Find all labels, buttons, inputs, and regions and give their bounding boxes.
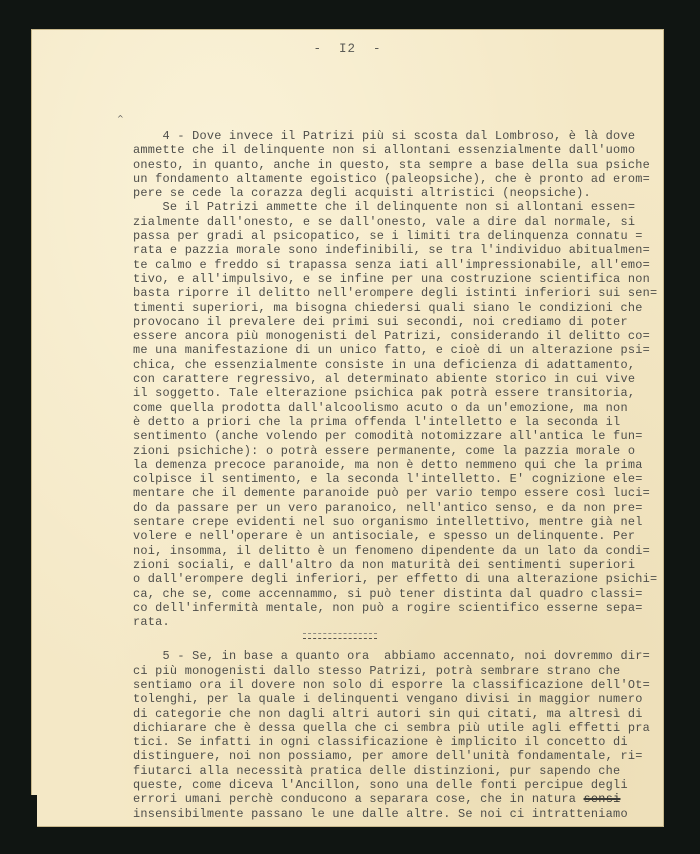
paper-corner-notch	[31, 795, 37, 829]
text-line: rata e pazzia morale sono indefinibili, …	[133, 243, 653, 257]
text-line: colpisce il sentimento, e la seconda l'i…	[133, 472, 653, 486]
text-line: pere se cede la corazza degli acquisti a…	[133, 186, 653, 200]
text-line: ammette che il delinquente non si allont…	[133, 143, 653, 157]
text-line: te calmo e freddo si trapassa senza iati…	[133, 258, 653, 272]
text-line: noi, insomma, il delitto è un fenomeno d…	[133, 544, 653, 558]
text-line: come quella prodotta dall'alcoolismo acu…	[133, 401, 653, 415]
paragraph-4: 4 - Dove invece il Patrizi più si scosta…	[133, 129, 653, 200]
text-line: me una manifestazione di un unico fatto,…	[133, 343, 653, 357]
separator-rule-dark	[303, 638, 377, 639]
text-line: timenti superiori, ma bisogna chiedersi …	[133, 301, 653, 315]
text-line: Se il Patrizi ammette che il delinquente…	[133, 200, 653, 214]
text-line: passa per gradi al psicopatico, se i lim…	[133, 229, 653, 243]
text-line: distinguere, noi non possiamo, per amore…	[133, 749, 653, 763]
paragraph-4-continued: Se il Patrizi ammette che il delinquente…	[133, 200, 653, 629]
text-line: tici. Se infatti in ogni classificazione…	[133, 735, 653, 749]
paragraph-5: 5 - Se, in base a quanto ora abbiamo acc…	[133, 649, 653, 821]
text-line: ca, che se, come accennammo, si può tene…	[133, 587, 653, 601]
text-line: insensibilmente passano le une dalle alt…	[133, 807, 653, 821]
text-line: sentiamo ora il dovere non solo di espor…	[133, 678, 653, 692]
typewritten-page: - I2 - ^ 4 - Dove invece il Patrizi più …	[31, 29, 664, 827]
text-line: tivo, e all'impulsivo, e se infine per u…	[133, 272, 653, 286]
page-number: - I2 -	[31, 42, 664, 56]
text-line: essere ancora più monogenisti del Patriz…	[133, 329, 653, 343]
text-line: un fondamento altamente egoistico (paleo…	[133, 172, 653, 186]
text-line: errori umani perchè conducono a separara…	[133, 792, 653, 806]
section-separator	[133, 629, 653, 649]
body-text: 4 - Dove invece il Patrizi più si scosta…	[133, 129, 653, 821]
struck-word: sensi	[584, 792, 621, 806]
text-line: zioni psichiche): o potrà essere permane…	[133, 444, 653, 458]
ink-mark: ^	[117, 114, 124, 123]
text-line: 5 - Se, in base a quanto ora abbiamo acc…	[133, 649, 653, 663]
text-line: la demenza precoce paranoide, ma non è d…	[133, 458, 653, 472]
text-line: 4 - Dove invece il Patrizi più si scosta…	[133, 129, 653, 143]
text-line: con carattere regressivo, al determinato…	[133, 372, 653, 386]
text-line: mentare che il demente paranoide può per…	[133, 486, 653, 500]
text-line: basta riporre il delitto nell'erompere d…	[133, 286, 653, 300]
text-line-segment: errori umani perchè conducono a separara…	[133, 792, 584, 806]
text-line: di categorie che non dagli altri autori …	[133, 707, 653, 721]
text-line: zioni sociali, e dall'altro da non matur…	[133, 558, 653, 572]
text-line: chica, che essenzialmente consiste in un…	[133, 358, 653, 372]
separator-rule-light	[303, 633, 377, 634]
text-line: ci più monogenisti dallo stesso Patrizi,…	[133, 664, 653, 678]
text-line: il soggetto. Tale elterazione psichica p…	[133, 386, 653, 400]
text-line: sentimento (anche volendo per comodità n…	[133, 429, 653, 443]
text-line: volere e nell'operare è un antisociale, …	[133, 529, 653, 543]
text-line: o dall'erompere degli inferiori, per eff…	[133, 572, 653, 586]
text-line: zialmente dall'onesto, e se dall'onesto,…	[133, 215, 653, 229]
text-line: queste, come diceva l'Ancillon, sono una…	[133, 778, 653, 792]
text-line: fiutarci alla necessità pratica delle di…	[133, 764, 653, 778]
text-line: onesto, in quanto, anche in questo, sta …	[133, 158, 653, 172]
text-line: tolenghi, per la quale i delinquenti ven…	[133, 692, 653, 706]
text-line: dichiarare che è dessa quella che ci sem…	[133, 721, 653, 735]
text-line: è detto a priori che la prima offenda l'…	[133, 415, 653, 429]
text-line: provocano il prevalere dei primi sui sec…	[133, 315, 653, 329]
text-line: sentare crepe evidenti nel suo organismo…	[133, 515, 653, 529]
text-line: co dell'infermità mentale, non può a rog…	[133, 601, 653, 615]
text-line: do da passare per un vero paranoico, nel…	[133, 501, 653, 515]
text-line: rata.	[133, 615, 653, 629]
